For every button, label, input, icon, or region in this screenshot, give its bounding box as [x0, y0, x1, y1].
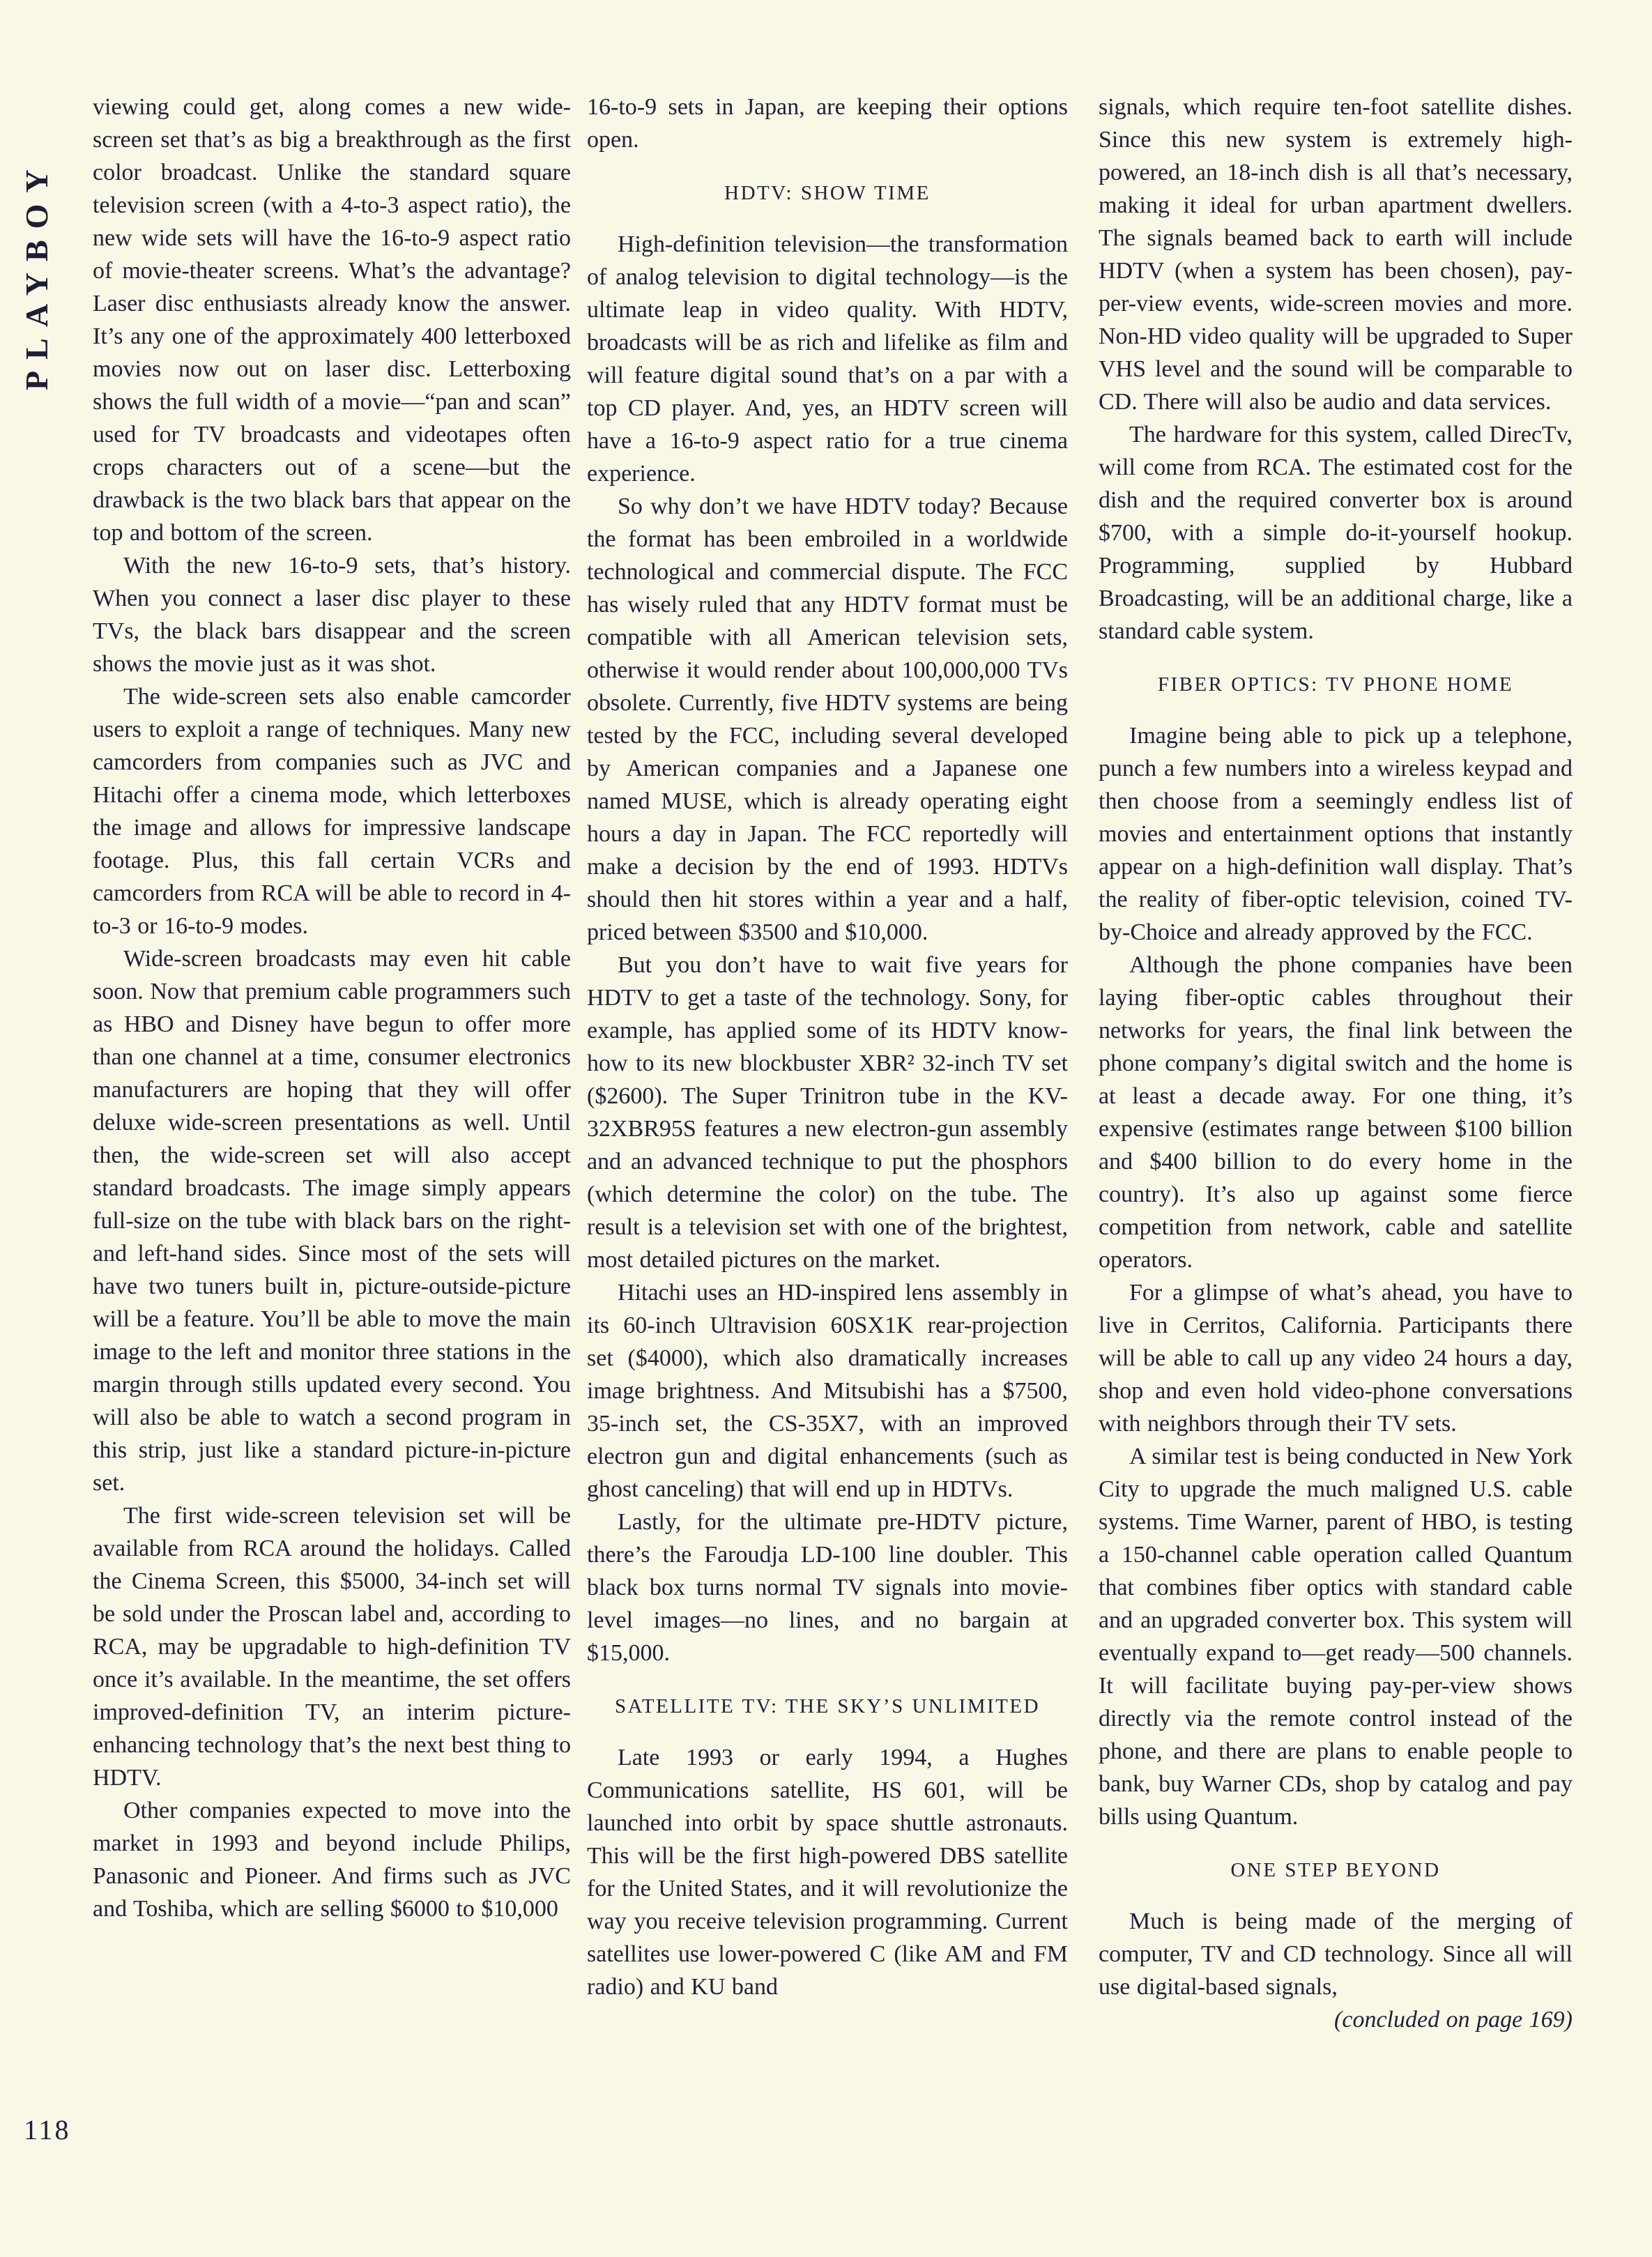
paragraph: High-definition television—the transform… — [587, 228, 1068, 490]
paragraph: 16-to-9 sets in Japan, are keeping their… — [587, 91, 1068, 156]
column-left: viewing could get, along comes a new wid… — [93, 91, 571, 1925]
paragraph: A similar test is being conducted in New… — [1099, 1440, 1573, 1833]
column-middle: 16-to-9 sets in Japan, are keeping their… — [587, 91, 1068, 2003]
section-heading: SATELLITE TV: THE SKY’S UNLIMITED — [587, 1690, 1068, 1723]
paragraph: With the new 16-to-9 sets, that’s histor… — [93, 549, 571, 680]
paragraph: viewing could get, along comes a new wid… — [93, 91, 571, 549]
paragraph: Other companies expected to move into th… — [93, 1794, 571, 1925]
paragraph: signals, which require ten-foot satellit… — [1099, 91, 1573, 418]
paragraph: Lastly, for the ultimate pre-HDTV pictur… — [587, 1506, 1068, 1669]
section-heading: FIBER OPTICS: TV PHONE HOME — [1099, 668, 1573, 701]
paragraph: Wide-screen broadcasts may even hit cabl… — [93, 942, 571, 1499]
continued-note: (concluded on page 169) — [1099, 2003, 1573, 2036]
paragraph: The wide-screen sets also enable camcord… — [93, 680, 571, 942]
section-heading: ONE STEP BEYOND — [1099, 1854, 1573, 1887]
paragraph: Late 1993 or early 1994, a Hughes Commun… — [587, 1741, 1068, 2003]
paragraph: But you don’t have to wait five years fo… — [587, 949, 1068, 1276]
section-heading: HDTV: SHOW TIME — [587, 177, 1068, 210]
paragraph: So why don’t we have HDTV today? Because… — [587, 490, 1068, 949]
paragraph: The first wide-screen television set wil… — [93, 1499, 571, 1794]
paragraph: The hardware for this system, called Dir… — [1099, 418, 1573, 648]
column-right: signals, which require ten-foot satellit… — [1099, 91, 1573, 2036]
paragraph: Imagine being able to pick up a telephon… — [1099, 719, 1573, 949]
spine-title: PLAYBOY — [18, 98, 55, 390]
paragraph: For a glimpse of what’s ahead, you have … — [1099, 1276, 1573, 1440]
magazine-page: PLAYBOY 118 viewing could get, along com… — [0, 0, 1652, 2257]
page-number: 118 — [24, 2113, 71, 2146]
paragraph: Although the phone companies have been l… — [1099, 949, 1573, 1276]
paragraph: Much is being made of the merging of com… — [1099, 1905, 1573, 2003]
paragraph: Hitachi uses an HD-inspired lens assembl… — [587, 1276, 1068, 1506]
